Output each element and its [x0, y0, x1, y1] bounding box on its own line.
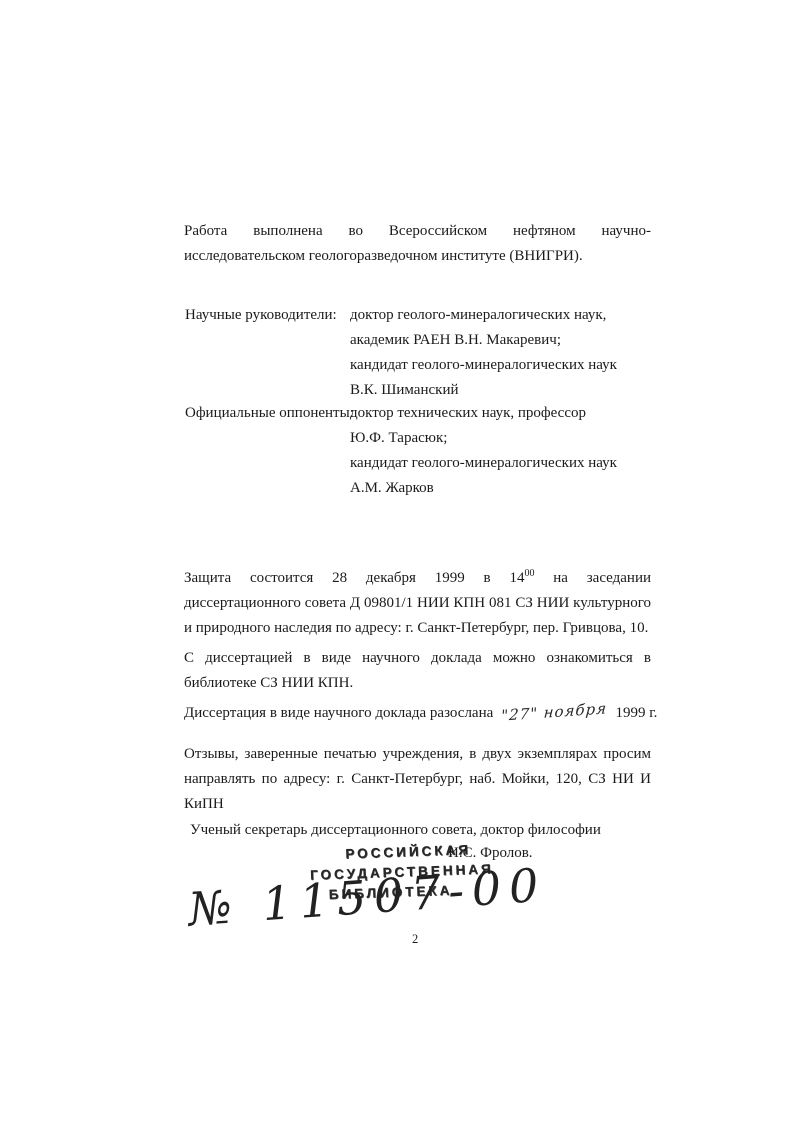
defense-paragraph: Защита состоится 28 декабря 1999 в 1400 …: [184, 566, 651, 641]
defense-time-superscript: 00: [524, 568, 534, 579]
handwritten-accession-number: № 11507-00: [187, 858, 548, 937]
affiliation-paragraph: Работа выполнена во Всероссийском нефтян…: [184, 219, 651, 269]
page-number: 2: [412, 932, 418, 947]
supervisor-line: доктор геолого-минералогических наук,: [350, 303, 660, 328]
reviews-paragraph: Отзывы, заверенные печатью учреждения, в…: [184, 742, 651, 817]
defense-text-before-time: Защита состоится 28 декабря 1999 в 14: [184, 570, 524, 586]
opponent-line: кандидат геолого-минералогических наук: [350, 451, 660, 476]
opponents-lines: доктор технических наук, профессор Ю.Ф. …: [350, 401, 660, 501]
opponent-line: доктор технических наук, профессор: [350, 401, 660, 426]
supervisor-line: В.К. Шиманский: [350, 378, 660, 403]
handwritten-date: "27" ноября: [501, 696, 609, 729]
mailed-date-line: Диссертация в виде научного доклада разо…: [184, 700, 684, 726]
opponent-line: А.М. Жарков: [350, 476, 660, 501]
supervisors-label: Научные руководители:: [185, 303, 355, 328]
mailed-text-after: 1999 г.: [615, 705, 657, 721]
supervisor-line: кандидат геолого-минералогических наук: [350, 353, 660, 378]
library-note-paragraph: С диссертацией в виде научного доклада м…: [184, 646, 651, 696]
scanned-document-page: Работа выполнена во Всероссийском нефтян…: [0, 0, 793, 1122]
supervisor-line: академик РАЕН В.Н. Макаревич;: [350, 328, 660, 353]
secretary-title: Ученый секретарь диссертационного совета…: [190, 818, 670, 843]
opponents-label: Официальные оппоненты:: [185, 401, 355, 426]
mailed-text-before: Диссертация в виде научного доклада разо…: [184, 705, 493, 721]
supervisors-lines: доктор геолого-минералогических наук, ак…: [350, 303, 660, 403]
opponent-line: Ю.Ф. Тарасюк;: [350, 426, 660, 451]
